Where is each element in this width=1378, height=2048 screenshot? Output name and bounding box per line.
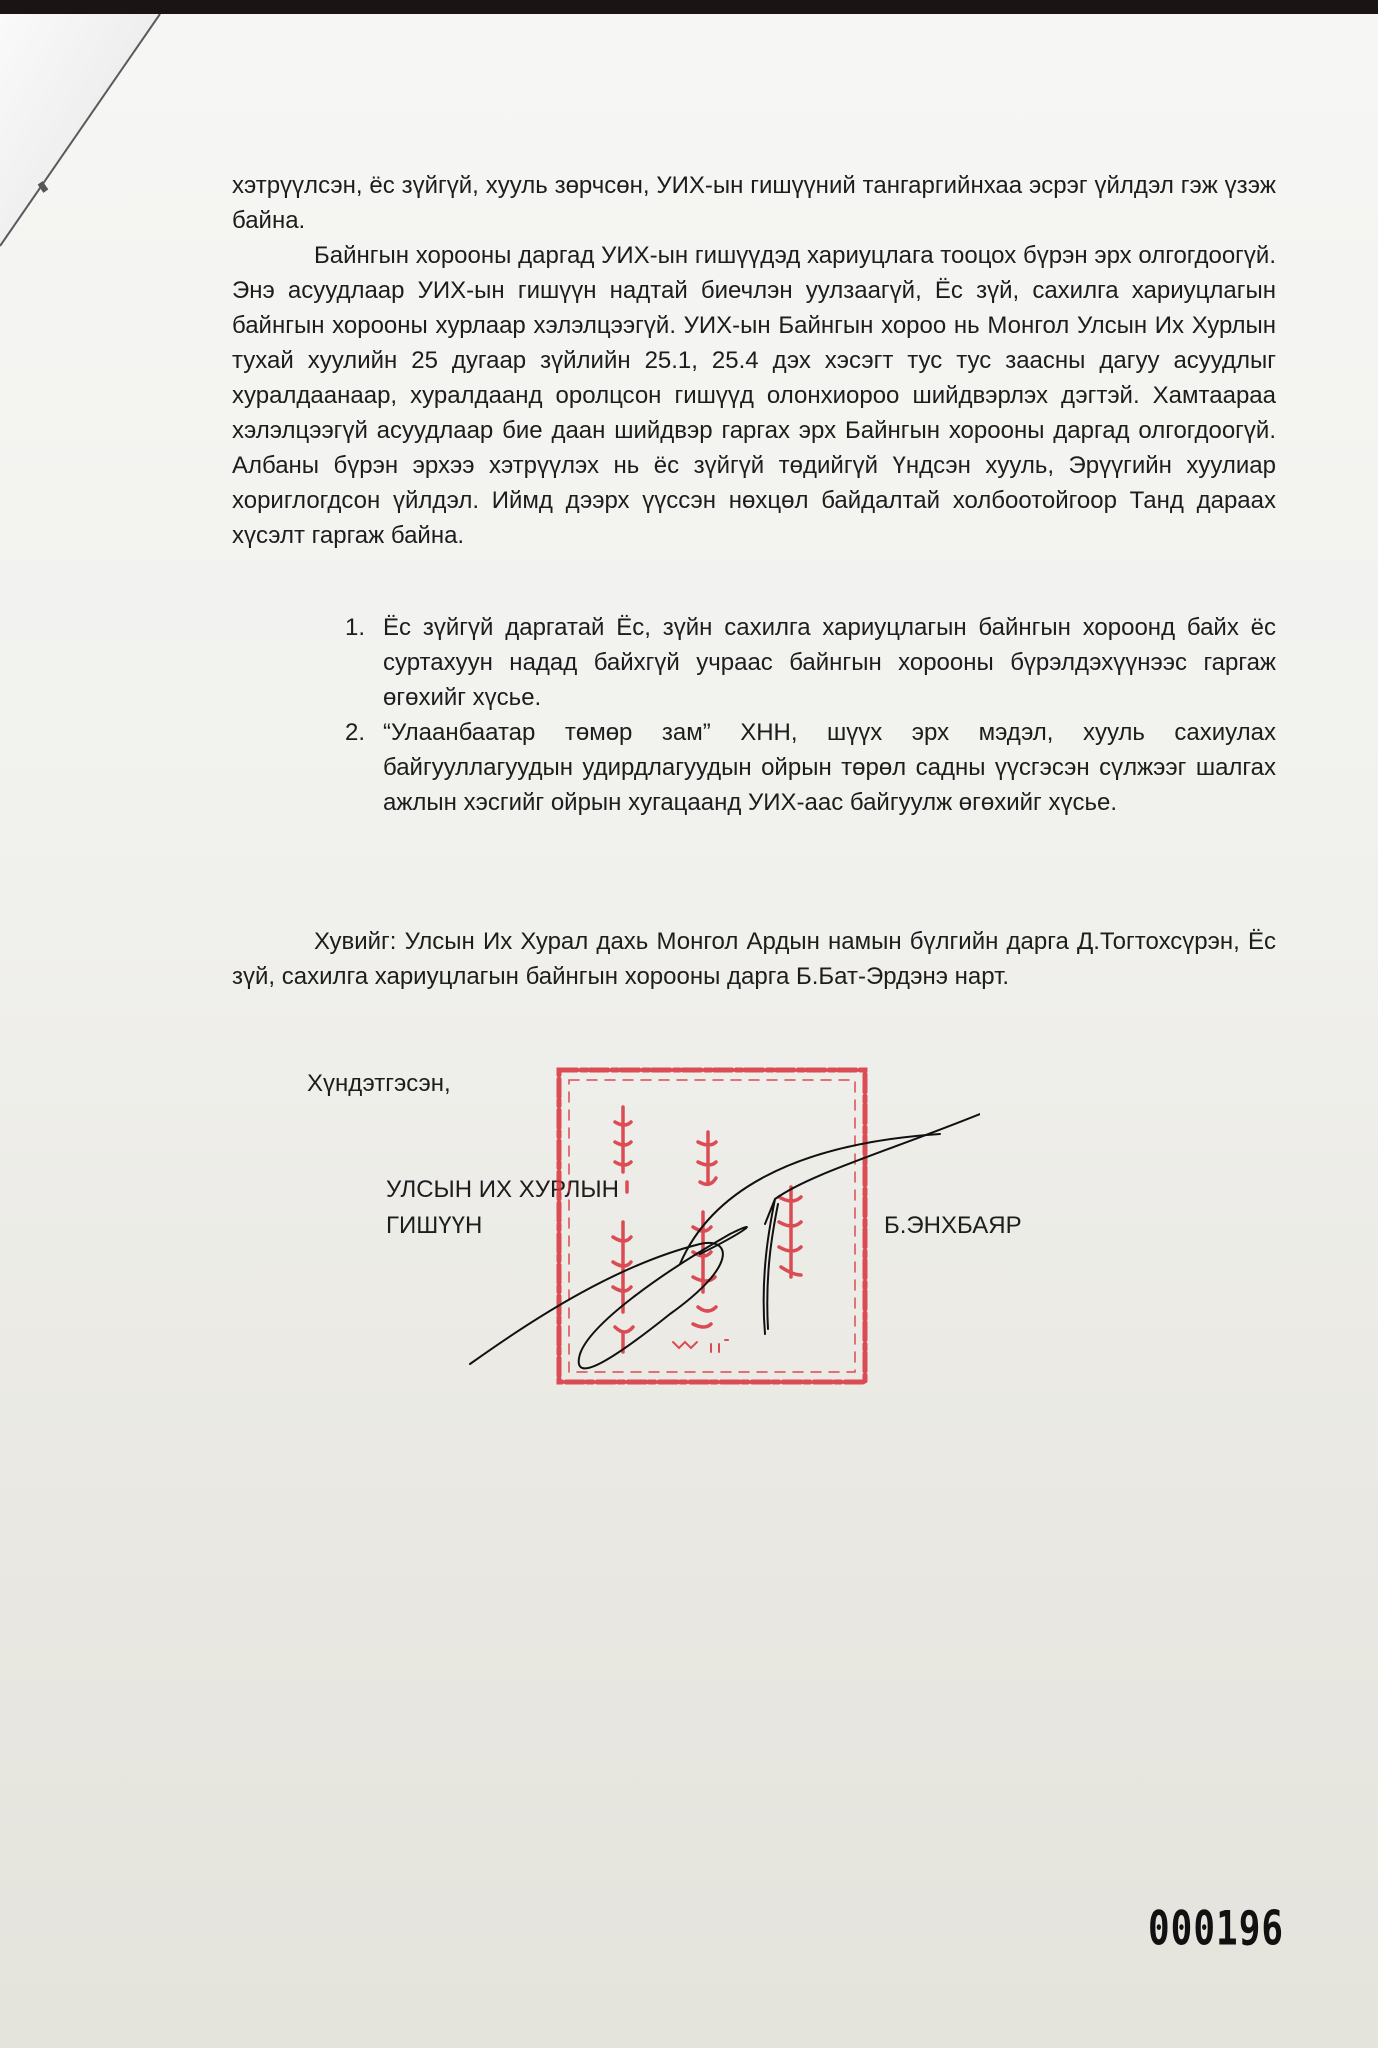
request-item-1: 1. Ёс зүйгүй даргатай Ёс, зүйн сахилга х… xyxy=(345,610,1276,715)
document-page: хэтрүүлсэн, ёс зүйгүй, хууль зөрчсөн, УИ… xyxy=(0,14,1378,2048)
request-number: 1. xyxy=(345,610,365,645)
request-text: “Улаанбаатар төмөр зам” ХНН, шүүх эрх мэ… xyxy=(383,719,1276,816)
signatory-title-line2: ГИШҮҮН xyxy=(386,1208,482,1243)
fold-edge-line xyxy=(0,14,170,254)
request-text: Ёс зүйгүй даргатай Ёс, зүйн сахилга хари… xyxy=(383,614,1276,711)
official-red-stamp xyxy=(553,1062,873,1392)
copy-to-block: Хувийг: Улсын Их Хурал дахь Монгол Ардын… xyxy=(232,924,1276,994)
serial-number: 000196 xyxy=(1148,1903,1284,1956)
request-list: 1. Ёс зүйгүй даргатай Ёс, зүйн сахилга х… xyxy=(345,610,1276,820)
paragraph-2: Байнгын хорооны даргад УИХ-ын гишүүдэд х… xyxy=(232,238,1276,553)
paragraph-1: хэтрүүлсэн, ёс зүйгүй, хууль зөрчсөн, УИ… xyxy=(232,168,1276,238)
signatory-name: Б.ЭНХБАЯР xyxy=(884,1208,1022,1243)
body-text: хэтрүүлсэн, ёс зүйгүй, хууль зөрчсөн, УИ… xyxy=(232,168,1276,553)
signatory-title-line1: УЛСЫН ИХ ХУРЛЫН xyxy=(386,1172,619,1207)
copy-to-text: Хувийг: Улсын Их Хурал дахь Монгол Ардын… xyxy=(232,924,1276,994)
request-number: 2. xyxy=(345,715,365,750)
request-item-2: 2. “Улаанбаатар төмөр зам” ХНН, шүүх эрх… xyxy=(345,715,1276,820)
closing-salutation: Хүндэтгэсэн, xyxy=(307,1066,451,1101)
